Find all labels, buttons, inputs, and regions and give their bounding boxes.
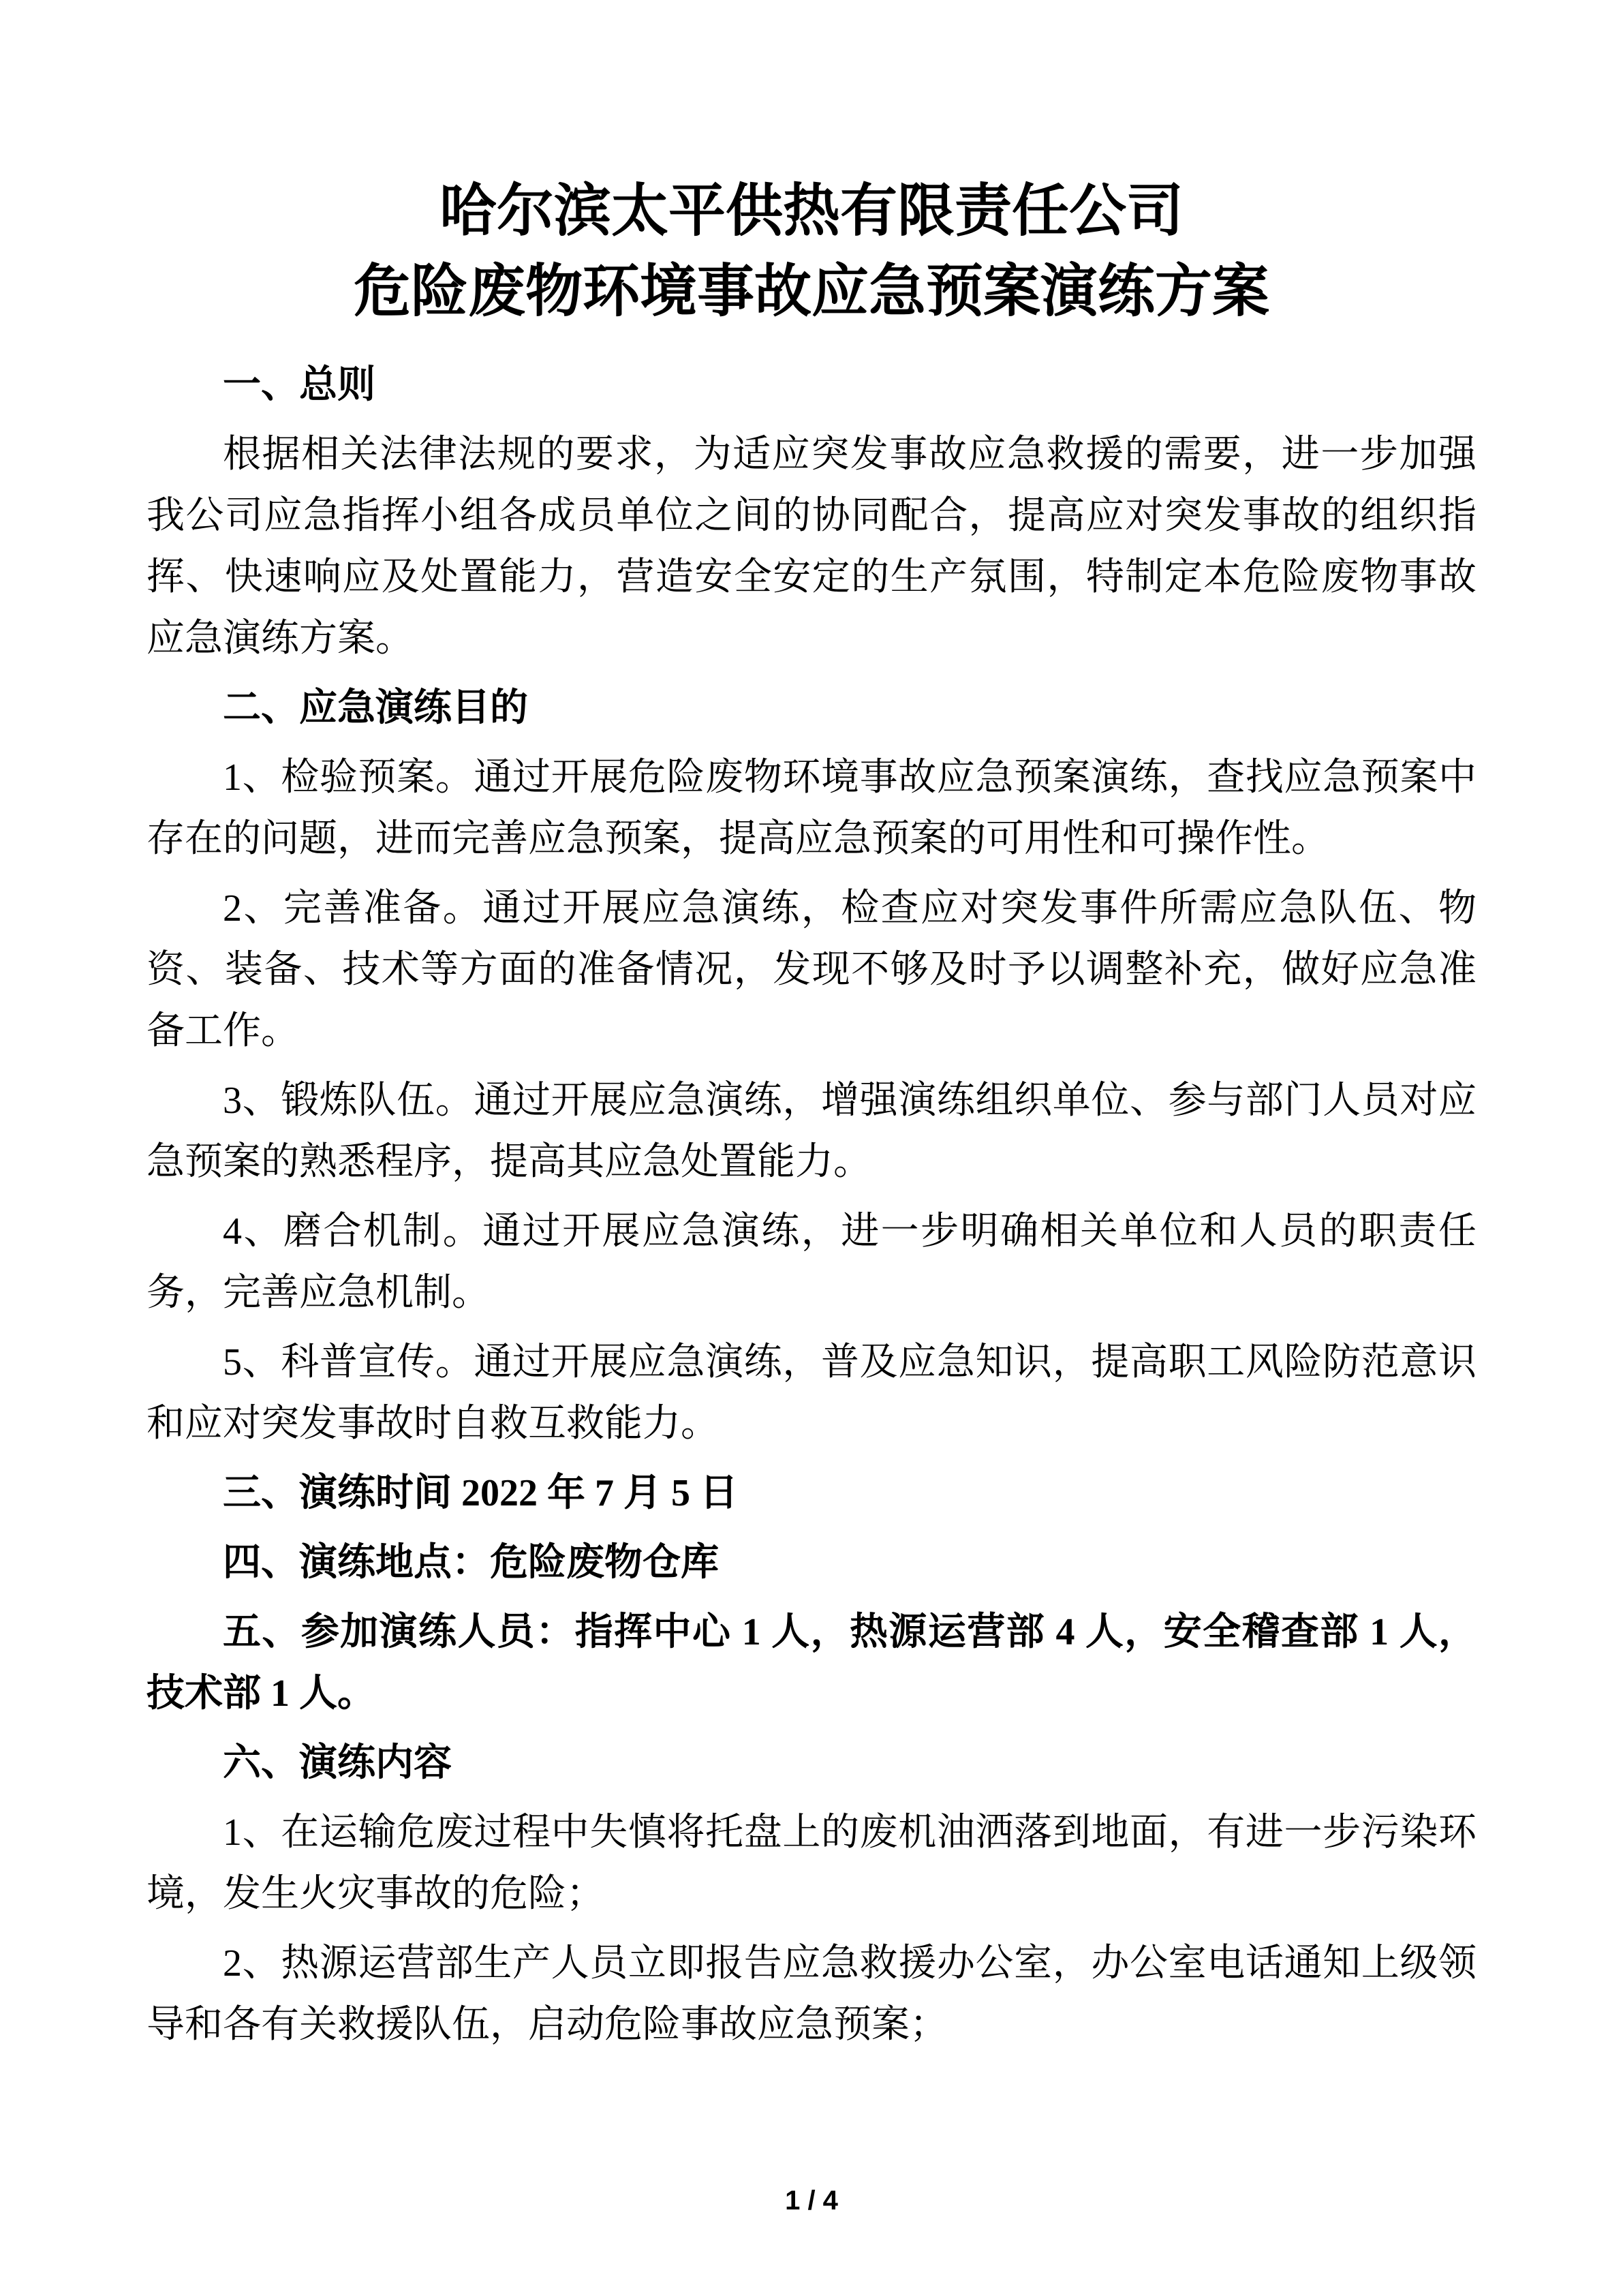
document-title-line-2: 危险废物环境事故应急预案演练方案	[146, 252, 1477, 333]
paragraph-purpose-1-test-plan: 1、检验预案。通过开展危险废物环境事故应急预案演练，查找应急预案中存在的问题，进…	[146, 747, 1477, 870]
section-heading-drill-content: 六、演练内容	[146, 1732, 1477, 1794]
paragraph-purpose-4-mechanism: 4、磨合机制。通过开展应急演练，进一步明确相关单位和人员的职责任务，完善应急机制…	[146, 1201, 1477, 1323]
paragraph-purpose-3-train-team: 3、锻炼队伍。通过开展应急演练，增强演练组织单位、参与部门人员对应急预案的熟悉程…	[146, 1070, 1477, 1193]
document-title: 哈尔滨太平供热有限责任公司 危险废物环境事故应急预案演练方案	[146, 172, 1477, 333]
section-heading-general: 一、总则	[146, 354, 1477, 416]
paragraph-purpose-5-publicity: 5、科普宣传。通过开展应急演练，普及应急知识，提高职工风险防范意识和应对突发事故…	[146, 1332, 1477, 1454]
document-title-line-1: 哈尔滨太平供热有限责任公司	[146, 172, 1477, 252]
section-heading-drill-participants: 五、参加演练人员：指挥中心 1 人，热源运营部 4 人，安全稽查部 1 人，技术…	[146, 1602, 1477, 1724]
section-heading-drill-purpose: 二、应急演练目的	[146, 677, 1477, 739]
section-heading-drill-location: 四、演练地点：危险废物仓库	[146, 1532, 1477, 1593]
paragraph-general-provisions: 根据相关法律法规的要求，为适应突发事故应急救援的需要，进一步加强我公司应急指挥小…	[146, 424, 1477, 669]
document-page: { "colors": { "background": "#ffffff", "…	[0, 0, 1623, 2296]
page-footer: 1 / 4	[0, 2186, 1623, 2216]
paragraph-content-1-spill-scenario: 1、在运输危废过程中失慎将托盘上的废机油洒落到地面，有进一步污染环境，发生火灾事…	[146, 1802, 1477, 1925]
document-body: 哈尔滨太平供热有限责任公司 危险废物环境事故应急预案演练方案 一、总则 根据相关…	[146, 172, 1477, 2064]
section-heading-drill-time: 三、演练时间 2022 年 7 月 5 日	[146, 1463, 1477, 1524]
paragraph-purpose-2-preparation: 2、完善准备。通过开展应急演练，检查应对突发事件所需应急队伍、物资、装备、技术等…	[146, 878, 1477, 1062]
paragraph-content-2-report-alarm: 2、热源运营部生产人员立即报告应急救援办公室，办公室电话通知上级领导和各有关救援…	[146, 1933, 1477, 2055]
page-number: 1 / 4	[785, 2186, 838, 2216]
